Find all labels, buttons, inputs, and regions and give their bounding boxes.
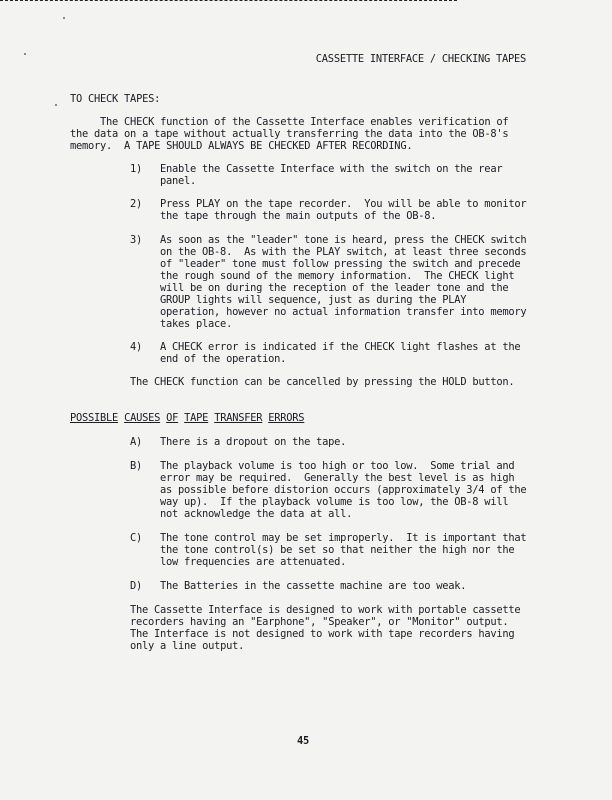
cause-marker: D): [130, 580, 142, 592]
step-marker: 3): [130, 234, 142, 246]
step-line: panel.: [160, 175, 196, 187]
intro-line-2: the data on a tape without actually tran…: [70, 128, 508, 140]
cause-marker: C): [130, 532, 142, 544]
step-line: A CHECK error is indicated if the CHECK …: [160, 341, 520, 353]
step-line: end of the operation.: [160, 353, 286, 365]
step-line: takes place.: [160, 318, 232, 330]
step-marker: 4): [130, 341, 142, 353]
hold-note: The CHECK function can be cancelled by p…: [130, 376, 514, 388]
step-line: operation, however no actual information…: [160, 306, 526, 318]
step-line: the tape through the main outputs of the…: [160, 210, 436, 222]
step-marker: 2): [130, 198, 142, 210]
closing-line: only a line output.: [130, 640, 244, 652]
cause-line: There is a dropout on the tape.: [160, 436, 346, 448]
closing-line: recorders having an "Earphone", "Speaker…: [130, 616, 508, 628]
step-line: on the OB-8. As with the PLAY switch, at…: [160, 246, 526, 258]
cause-line: not acknowledge the data at all.: [160, 508, 352, 520]
step-line: the rough sound of the memory informatio…: [160, 270, 514, 282]
cause-line: error may be required. Generally the bes…: [160, 472, 514, 484]
cause-line: way up). If the playback volume is too l…: [160, 496, 508, 508]
section-heading-check-tapes: TO CHECK TAPES:: [70, 93, 160, 105]
cause-line: as possible before distorion occurs (app…: [160, 484, 526, 496]
scan-speck: [63, 17, 65, 19]
scan-speck: [24, 53, 26, 55]
running-header: CASSETTE INTERFACE / CHECKING TAPES: [316, 53, 526, 65]
step-line: of "leader" tone must follow pressing th…: [160, 258, 520, 270]
intro-line-3: memory. A TAPE SHOULD ALWAYS BE CHECKED …: [70, 140, 412, 152]
intro-line-1: The CHECK function of the Cassette Inter…: [70, 116, 508, 128]
cause-line: low frequencies are attenuated.: [160, 556, 346, 568]
section-heading-transfer-errors: POSSIBLE CAUSES OF TAPE TRANSFER ERRORS: [70, 412, 304, 424]
step-line: Press PLAY on the tape recorder. You wil…: [160, 198, 526, 210]
cause-line: The tone control may be set improperly. …: [160, 532, 526, 544]
cause-marker: B): [130, 460, 142, 472]
closing-line: The Cassette Interface is designed to wo…: [130, 604, 520, 616]
header-dashed-rule: [0, 0, 457, 1]
cause-line: The playback volume is too high or too l…: [160, 460, 514, 472]
closing-line: The Interface is not designed to work wi…: [130, 628, 514, 640]
step-line: will be on during the reception of the l…: [160, 282, 508, 294]
step-line: Enable the Cassette Interface with the s…: [160, 163, 502, 175]
manual-page: CASSETTE INTERFACE / CHECKING TAPES TO C…: [0, 0, 612, 800]
page-number: 45: [297, 735, 309, 747]
step-line: As soon as the "leader" tone is heard, p…: [160, 234, 526, 246]
scan-speck: [55, 104, 57, 106]
step-marker: 1): [130, 163, 142, 175]
cause-marker: A): [130, 436, 142, 448]
cause-line: The Batteries in the cassette machine ar…: [160, 580, 466, 592]
cause-line: the tone control(s) be set so that neith…: [160, 544, 514, 556]
step-line: GROUP lights will sequence, just as duri…: [160, 294, 466, 306]
